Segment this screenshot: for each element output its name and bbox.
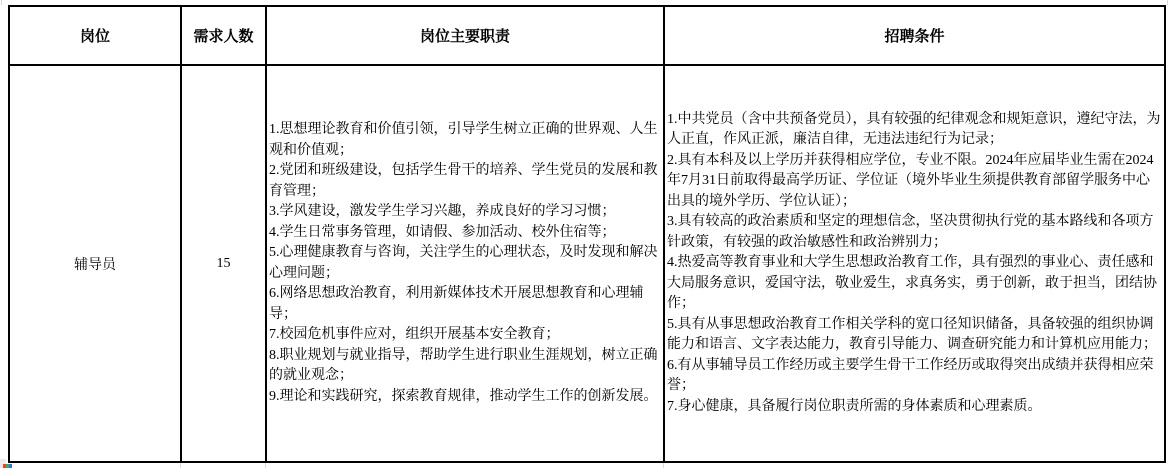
duty-item: 7.校园危机事件应对，组织开展基本安全教育；	[269, 325, 660, 346]
header-position: 岗位	[10, 7, 182, 66]
requirement-item: 5.具有从事思想政治教育工作相关学科的宽口径知识储备，具备较强的组织协调能力和语…	[667, 315, 1161, 356]
header-headcount: 需求人数	[182, 7, 267, 66]
recruitment-table: 岗位 需求人数 岗位主要职责 招聘条件 辅导员 15 1.思想理论教育和价值引领…	[8, 5, 1166, 463]
cell-headcount: 15	[182, 66, 267, 461]
gridline-stub	[180, 463, 181, 468]
duty-item: 9.理论和实践研究，探索教育规律，推动学生工作的创新发展。	[269, 387, 660, 408]
requirement-item: 7.身心健康，具备履行岗位职责所需的身体素质和心理素质。	[667, 397, 1161, 418]
requirement-item: 4.热爱高等教育事业和大学生思想政治教育工作，具有强烈的事业心、责任感和大局服务…	[667, 253, 1161, 315]
duty-item: 6.网络思想政治教育，利用新媒体技术开展思想教育和心理辅导；	[269, 284, 660, 325]
corner-artifact	[0, 464, 12, 468]
cell-position: 辅导员	[10, 66, 182, 461]
cell-requirements: 1.中共党员（含中共预备党员），具有较强的纪律观念和规矩意识，遵纪守法，为人正直…	[665, 66, 1164, 461]
gridline-stub	[265, 463, 266, 468]
requirement-item: 2.具有本科及以上学历并获得相应学位，专业不限。2024年应届毕业生需在2024…	[667, 151, 1161, 213]
duty-item: 5.心理健康教育与咨询，关注学生的心理状态，及时发现和解决心理问题；	[269, 243, 660, 284]
gridline-stub	[663, 463, 664, 468]
requirement-item: 1.中共党员（含中共预备党员），具有较强的纪律观念和规矩意识，遵纪守法，为人正直…	[667, 110, 1161, 151]
duty-item: 4.学生日常事务管理，如请假、参加活动、校外住宿等；	[269, 223, 660, 244]
cell-duties: 1.思想理论教育和价值引领，引导学生树立正确的世界观、人生观和价值观； 2.党团…	[267, 66, 665, 461]
header-requirements: 招聘条件	[665, 7, 1164, 66]
header-duties: 岗位主要职责	[267, 7, 665, 66]
duty-item: 2.党团和班级建设，包括学生骨干的培养、学生党员的发展和教育管理；	[269, 161, 660, 202]
duty-item: 3.学风建设，激发学生学习兴趣，养成良好的学习习惯；	[269, 202, 660, 223]
duty-item: 8.职业规划与就业指导，帮助学生进行职业生涯规划，树立正确的就业观念；	[269, 346, 660, 387]
requirement-item: 3.具有较高的政治素质和坚定的理想信念，坚决贯彻执行党的基本路线和各项方针政策，…	[667, 212, 1161, 253]
duty-item: 1.思想理论教育和价值引领，引导学生树立正确的世界观、人生观和价值观；	[269, 120, 660, 161]
gridline-stub	[1, 0, 2, 5]
requirement-item: 6.有从事辅导员工作经历或主要学生骨干工作经历或取得突出成绩并获得相应荣誉；	[667, 356, 1161, 397]
